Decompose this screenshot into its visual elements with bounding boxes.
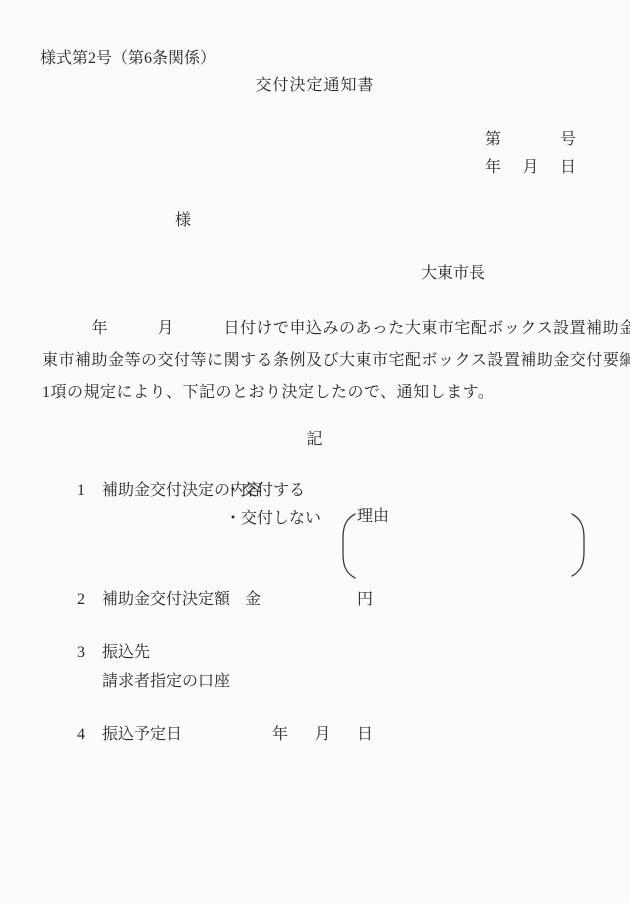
item-2-label: 補助金交付決定額 — [102, 592, 230, 608]
item-2-amount-suffix: 円 — [357, 592, 373, 608]
item-3-label: 振込先 — [102, 645, 150, 661]
item-1-reason-label: 理由 — [357, 509, 389, 525]
item-3-detail: 請求者指定の口座 — [102, 674, 230, 690]
date-line: 年 月 日 — [485, 160, 576, 176]
record-heading: 記 — [0, 432, 630, 448]
item-1-option-grant: ・交付する — [225, 483, 305, 499]
document-page: 様式第2号（第6条関係） 交付決定通知書 第 号 年 月 日 様 大東市長 年 … — [0, 0, 630, 903]
item-4-day-label: 日 — [357, 727, 373, 743]
doc-number-suffix: 号 — [560, 132, 576, 148]
document-title: 交付決定通知書 — [0, 78, 630, 94]
doc-number-prefix: 第 — [485, 132, 501, 148]
form-number: 様式第2号（第6条関係） — [40, 51, 216, 67]
date-month-label: 月 — [522, 160, 538, 176]
item-1-option-no-grant: ・交付しない — [225, 511, 321, 527]
body-line-2: 東市補助金等の交付等に関する条例及び大東市宅配ボックス設置補助金交付要綱第6条第 — [42, 353, 630, 369]
body-line-3: 1項の規定により、下記のとおり決定したので、通知します。 — [42, 385, 494, 401]
item-2-number: 2 — [77, 592, 85, 608]
date-day-label: 日 — [560, 160, 576, 176]
item-4-month-label: 月 — [314, 727, 330, 743]
doc-number-line: 第 号 — [485, 132, 576, 148]
item-4-year-label: 年 — [272, 727, 288, 743]
date-year-label: 年 — [485, 160, 501, 176]
reason-bracket-right-icon — [569, 511, 587, 581]
sender-name: 大東市長 — [421, 266, 485, 282]
item-2-amount-prefix: 金 — [245, 592, 261, 608]
addressee-honorific: 様 — [175, 213, 191, 229]
item-4-date-line: 年 月 日 — [272, 727, 373, 743]
item-1-number: 1 — [77, 483, 85, 499]
item-4-number: 4 — [77, 727, 85, 743]
item-4-label: 振込予定日 — [102, 727, 182, 743]
reason-bracket-left-icon — [340, 511, 358, 581]
item-3-number: 3 — [77, 645, 85, 661]
body-line-1: 年 月 日付けで申込みのあった大東市宅配ボックス設置補助金の交付は、大 — [42, 321, 630, 337]
